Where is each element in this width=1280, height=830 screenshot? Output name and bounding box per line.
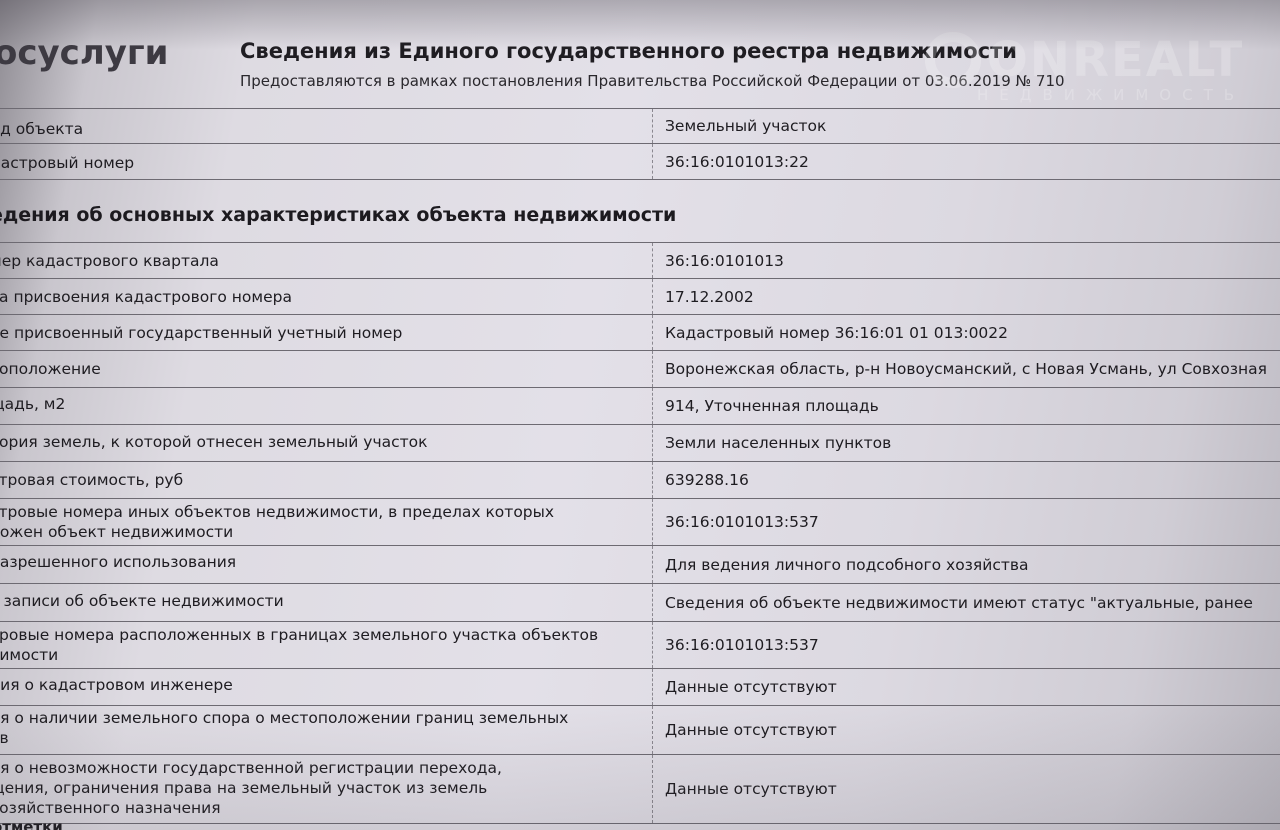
row-label: тровые номера расположенных в границах з… [0, 622, 652, 668]
row-label: щадь, м2 [0, 388, 652, 424]
table-row: ия о наличии земельного спора о местопол… [0, 705, 1280, 754]
row-label: ее присвоенный государственный учетный н… [0, 315, 652, 350]
row-label: стровые номера иных объектов недвижимост… [0, 499, 652, 545]
page-subtitle: Предоставляются в рамках постановления П… [240, 72, 1065, 90]
row-label: ния о кадастровом инженере [0, 669, 652, 705]
row-value: Воронежская область, р-н Новоусманский, … [652, 351, 1280, 387]
table-row: та присвоения кадастрового номера 17.12.… [0, 278, 1280, 314]
table-row: ия о невозможности государственной регис… [0, 754, 1280, 824]
table-row: мер кадастрового квартала 36:16:0101013 [0, 242, 1280, 278]
row-label: ия о наличии земельного спора о местопол… [0, 706, 652, 754]
row-label: с записи об объекте недвижимости [0, 584, 652, 621]
table-row: ид объекта Земельный участок [0, 108, 1280, 143]
row-value: Земельный участок [652, 109, 1280, 143]
table-row: дастровый номер 36:16:0101013:22 [0, 143, 1280, 179]
row-label: тоположение [0, 351, 652, 387]
row-label: та присвоения кадастрового номера [0, 279, 652, 314]
table-row: ния о кадастровом инженере Данные отсутс… [0, 668, 1280, 705]
row-value: Данные отсутствуют [652, 755, 1280, 823]
row-value: Земли населенных пунктов [652, 425, 1280, 461]
table-row: тоположение Воронежская область, р-н Нов… [0, 350, 1280, 387]
row-value: 639288.16 [652, 462, 1280, 498]
section-heading: едения об основных характеристиках объек… [0, 179, 1280, 242]
table-row: щадь, м2 914, Уточненная площадь [0, 387, 1280, 424]
table-row: стровые номера иных объектов недвижимост… [0, 498, 1280, 545]
row-value: 36:16:0101013:537 [652, 622, 1280, 668]
row-label: разрешенного использования [0, 546, 652, 583]
table-row: стровая стоимость, руб 639288.16 [0, 461, 1280, 498]
row-label: ия о невозможности государственной регис… [0, 755, 652, 823]
row-label: дастровый номер [0, 144, 652, 179]
table-row: ее присвоенный государственный учетный н… [0, 314, 1280, 350]
row-label: мер кадастрового квартала [0, 243, 652, 278]
document-header: осуслуги Сведения из Единого государстве… [0, 0, 1280, 108]
gosuslugi-logo: осуслуги [0, 33, 168, 73]
row-value: Кадастровый номер 36:16:01 01 013:0022 [652, 315, 1280, 350]
row-value: Для ведения личного подсобного хозяйства [652, 546, 1280, 583]
row-value: 36:16:0101013:537 [652, 499, 1280, 545]
table-row: с записи об объекте недвижимости Сведени… [0, 583, 1280, 621]
table-row: тровые номера расположенных в границах з… [0, 621, 1280, 668]
row-value: 914, Уточненная площадь [652, 388, 1280, 424]
table-row: тория земель, к которой отнесен земельны… [0, 424, 1280, 461]
table-row: разрешенного использования Для ведения л… [0, 545, 1280, 583]
row-value: Данные отсутствуют [652, 669, 1280, 705]
info-table: ид объекта Земельный участок дастровый н… [0, 108, 1280, 824]
row-value: Сведения об объекте недвижимости имеют с… [652, 584, 1280, 621]
row-label: ид объекта [0, 109, 652, 143]
row-label: тория земель, к которой отнесен земельны… [0, 425, 652, 461]
row-value: 36:16:0101013 [652, 243, 1280, 278]
row-value: Данные отсутствуют [652, 706, 1280, 754]
row-label: стровая стоимость, руб [0, 462, 652, 498]
page-title: Сведения из Единого государственного рее… [240, 39, 1017, 63]
row-value: 17.12.2002 [652, 279, 1280, 314]
row-value: 36:16:0101013:22 [652, 144, 1280, 179]
next-section-cut: отметки [0, 818, 63, 830]
